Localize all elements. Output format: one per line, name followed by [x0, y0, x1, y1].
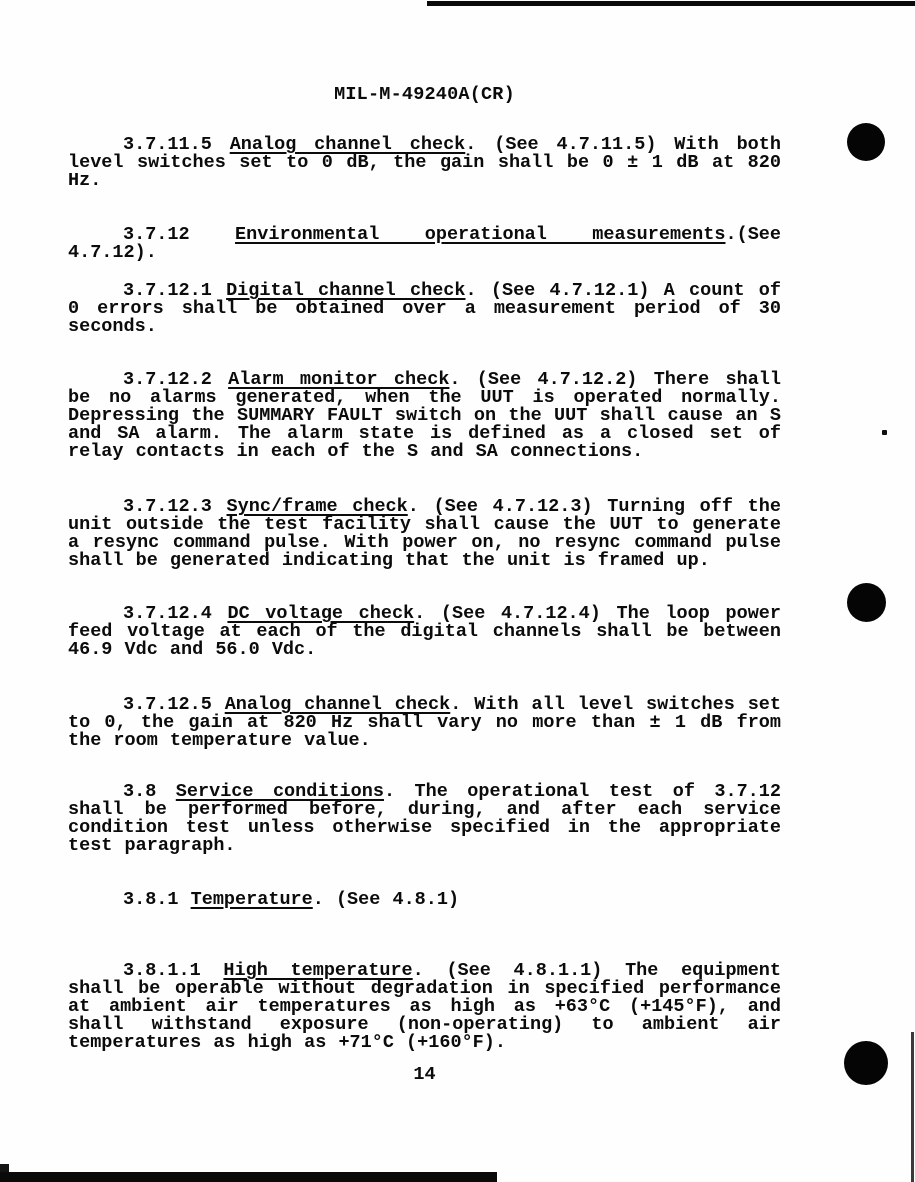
scan-edge-line-right: [911, 1032, 914, 1182]
registration-dot-bottom: [844, 1041, 888, 1085]
paragraph-title: Environmental operational measurements: [235, 224, 725, 245]
scanned-document-page: MIL-M-49240A(CR) 3.7.11.5 Analog channel…: [0, 0, 915, 1182]
scan-edge-tick-bottom-left: [0, 1164, 9, 1172]
paragraph-3-7-12-3: 3.7.12.3 Sync/frame check. (See 4.7.12.3…: [68, 498, 781, 570]
paragraph-3-7-12-4: 3.7.12.4 DC voltage check. (See 4.7.12.4…: [68, 605, 781, 659]
page-number: 14: [68, 1066, 781, 1084]
paragraph-3-7-12: 3.7.12 Environmental operational measure…: [68, 226, 781, 262]
paragraph-3-8: 3.8 Service conditions. The operational …: [68, 783, 781, 855]
paragraph-3-8-1: 3.8.1 Temperature. (See 4.8.1): [68, 891, 781, 909]
document-id-header: MIL-M-49240A(CR): [68, 86, 781, 104]
scan-edge-bar-bottom: [0, 1172, 497, 1182]
paragraph-3-7-12-2: 3.7.12.2 Alarm monitor check. (See 4.7.1…: [68, 371, 781, 461]
paragraph-title: Temperature: [191, 889, 313, 910]
ink-speck: [882, 430, 887, 435]
paragraph-number: 3.8.1: [123, 889, 179, 910]
registration-dot-middle: [847, 583, 886, 622]
paragraph-3-7-11-5: 3.7.11.5 Analog channel check. (See 4.7.…: [68, 136, 781, 190]
registration-dot-top: [847, 123, 885, 161]
scan-edge-bar-top: [427, 1, 915, 6]
paragraph-3-7-12-1: 3.7.12.1 Digital channel check. (See 4.7…: [68, 282, 781, 336]
paragraph-body: . (See 4.8.1): [313, 889, 459, 910]
paragraph-3-7-12-5: 3.7.12.5 Analog channel check. With all …: [68, 696, 781, 750]
paragraph-3-8-1-1: 3.8.1.1 High temperature. (See 4.8.1.1) …: [68, 962, 781, 1052]
